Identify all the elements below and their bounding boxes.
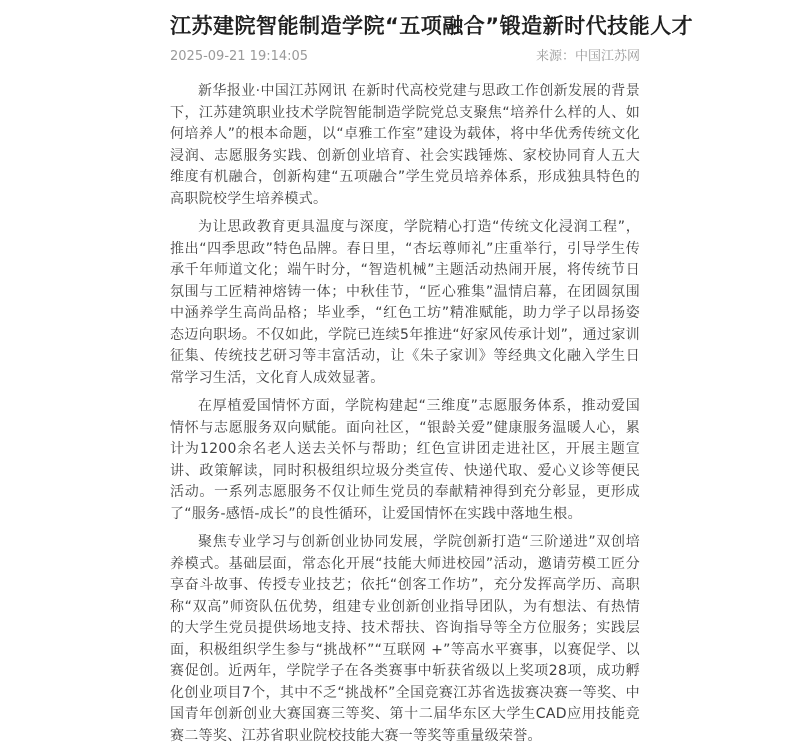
article-paragraph-1: 新华报业·中国江苏网讯 在新时代高校党建与思政工作创新发展的背景下，江苏建筑职业… — [170, 81, 640, 210]
article-paragraph-2: 为让思政教育更具温度与深度，学院精心打造“传统文化浸润工程”，推出“四季思政”特… — [170, 217, 640, 389]
article-meta-row: 2025-09-21 19:14:05 来源：中国江苏网 — [170, 49, 640, 65]
article-paragraph-3: 在厚植爱国情怀方面，学院构建起“三维度”志愿服务体系，推动爱国情怀与志愿服务双向… — [170, 396, 640, 525]
article-paragraph-4: 聚焦专业学习与创新创业协同发展，学院创新打造“三阶递进”双创培养模式。基础层面，… — [170, 532, 640, 744]
source-label: 来源：中国江苏网 — [536, 49, 640, 65]
article-container: 江苏建院智能制造学院“五项融合”锻造新时代技能人才 2025-09-21 19:… — [170, 13, 640, 744]
article-page: 江苏建院智能制造学院“五项融合”锻造新时代技能人才 2025-09-21 19:… — [0, 0, 799, 744]
publish-time: 2025-09-21 19:14:05 — [170, 49, 308, 65]
article-title: 江苏建院智能制造学院“五项融合”锻造新时代技能人才 — [170, 13, 640, 40]
article-body: 新华报业·中国江苏网讯 在新时代高校党建与思政工作创新发展的背景下，江苏建筑职业… — [170, 81, 640, 744]
